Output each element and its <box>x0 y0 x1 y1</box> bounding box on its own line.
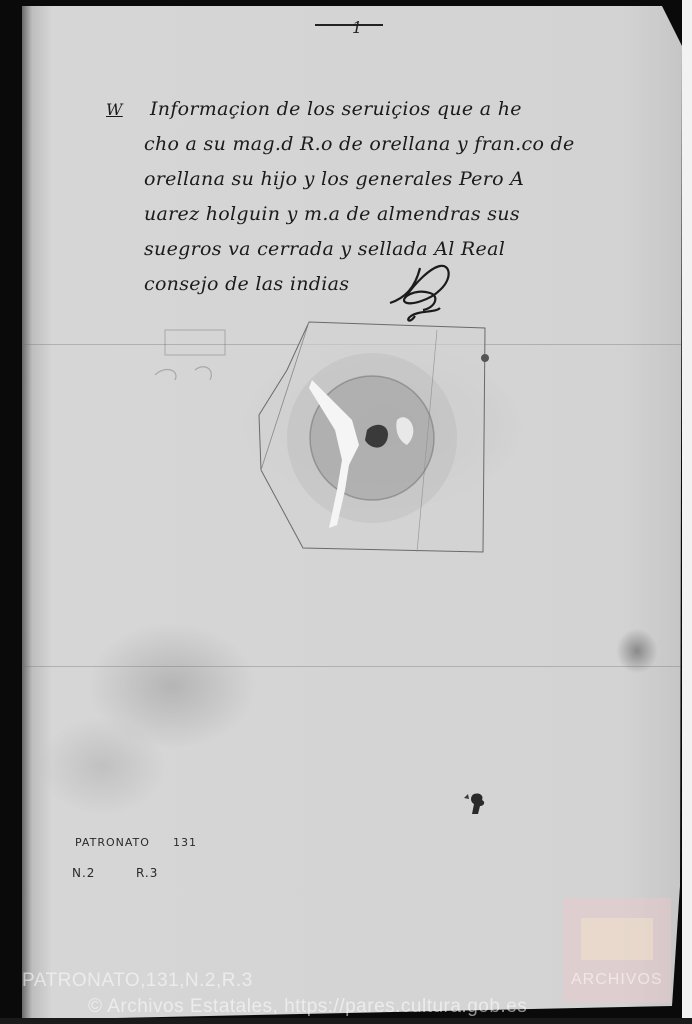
margin-mark: W <box>106 92 123 127</box>
pencil-annotation <box>135 300 235 390</box>
wax-seal-icon <box>257 320 489 555</box>
rubric-signature-icon <box>385 258 465 328</box>
text-line: consejo de las indias <box>110 267 580 302</box>
watermark-copyright: © Archivos Estatales, https://pares.cult… <box>88 996 527 1018</box>
text-line: orellana su hijo y los generales Pero A <box>110 162 580 197</box>
text-line: Informaçion de los seruiçios que a he <box>110 92 580 127</box>
text-line: cho a su mag.d R.o de orellana y fran.co… <box>110 127 580 162</box>
archive-legajo-label: 131 <box>173 836 197 849</box>
fold-line <box>22 666 682 667</box>
archive-ramo-label: R.3 <box>136 866 158 880</box>
text-line: uarez holguin y m.a de almendras sus <box>110 197 580 232</box>
page-bottom-edge <box>0 1018 692 1024</box>
scan-background-edge <box>682 0 692 1024</box>
archive-fondo-label: PATRONATO <box>75 836 150 849</box>
archive-logo: ARCHIVOS <box>563 898 671 1003</box>
text-line: suegros va cerrada y sellada Al Real <box>110 232 580 267</box>
logo-text: ARCHIVOS <box>571 971 663 989</box>
ink-blot <box>462 790 492 816</box>
logo-emblem <box>581 918 653 960</box>
watermark-signature: PATRONATO,131,N.2,R.3 <box>22 970 253 992</box>
archive-numero-label: N.2 <box>72 866 95 880</box>
folio-line <box>315 24 383 26</box>
handwritten-text: W Informaçion de los seruiçios que a he … <box>110 92 580 302</box>
folio-number: 1 <box>352 18 362 37</box>
